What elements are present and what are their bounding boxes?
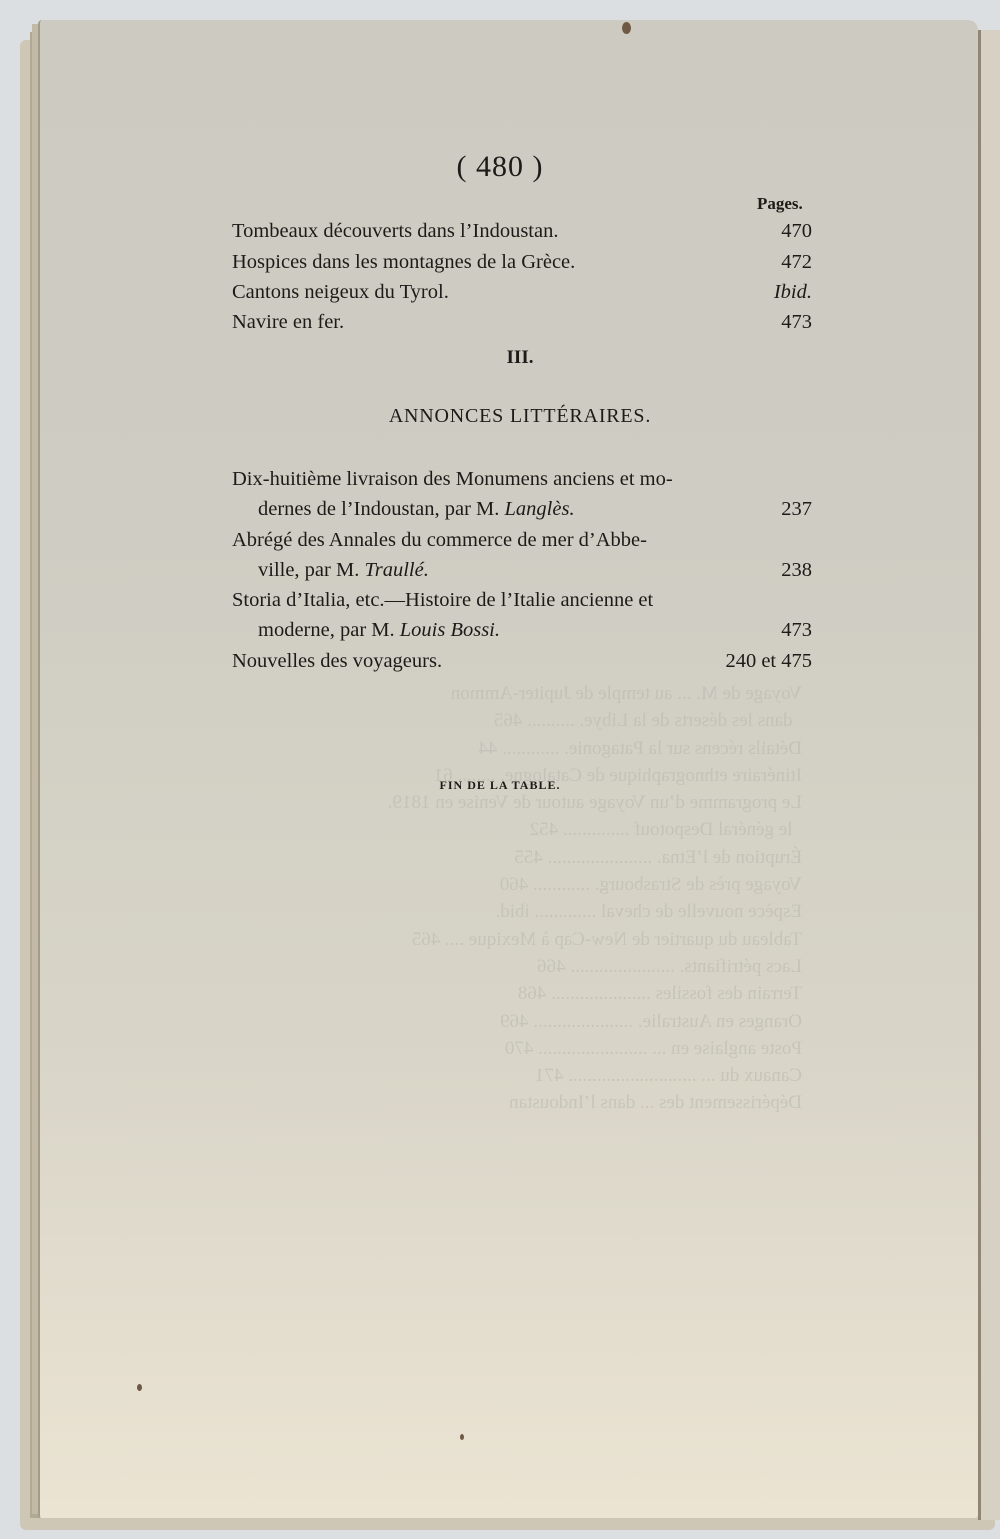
entry-text: ville, par M. [258, 559, 364, 581]
paper-stain [137, 1384, 142, 1391]
entry-line: Abrégé des Annales du commerce de mer d’… [232, 529, 812, 559]
entry-text: moderne, par M. [258, 619, 400, 641]
entry-page: 470 [781, 220, 812, 243]
annonce-entry: Storia d’Italia, etc.—Histoire de l’Ital… [232, 589, 812, 649]
toc-entry: Tombeaux découverts dans l’Indoustan. 47… [232, 220, 812, 250]
author-name: Traullé. [364, 559, 428, 581]
entry-page: 473 [781, 311, 812, 334]
entry-title: Nouvelles des voyageurs. [232, 650, 442, 673]
entry-line-continued: ville, par M. Traullé. 238 [232, 559, 812, 589]
author-name: Louis Bossi. [400, 619, 500, 641]
show-through-text: Voyage de M. ... au temple de Jupiter-Am… [232, 680, 802, 1117]
entry-page: 240 et 475 [725, 650, 812, 673]
toc-entry: Nouvelles des voyageurs. 240 et 475 [232, 650, 812, 680]
annonce-entry: Abrégé des Annales du commerce de mer d’… [232, 529, 812, 589]
author-name: Langlès. [505, 498, 575, 520]
entry-line: Storia d’Italia, etc.—Histoire de l’Ital… [232, 589, 812, 619]
entry-text: dernes de l’Indoustan, par M. [258, 498, 505, 520]
section-title: ANNONCES LITTÉRAIRES. [0, 405, 1000, 428]
paper-stain [460, 1434, 464, 1440]
entry-title: Navire en fer. [232, 311, 344, 334]
entry-line-continued: moderne, par M. Louis Bossi. 473 [232, 619, 812, 649]
entry-page: 237 [781, 498, 812, 521]
entry-page: 238 [781, 559, 812, 582]
page-number: ( 480 ) [0, 150, 1000, 184]
entry-page: 472 [781, 251, 812, 274]
entry-line-continued: dernes de l’Indoustan, par M. Langlès. 2… [232, 498, 812, 528]
toc-entry: Hospices dans les montagnes de la Grèce.… [232, 251, 812, 281]
entry-page: 473 [781, 619, 812, 642]
pages-column-header: Pages. [757, 194, 803, 214]
adjacent-sheet-edge [978, 30, 1000, 1520]
entry-title: Tombeaux découverts dans l’Indoustan. [232, 220, 558, 243]
paper-stain [622, 22, 631, 34]
entry-line: Dix-huitième livraison des Monumens anci… [232, 468, 812, 498]
section-number: III. [0, 347, 1000, 369]
toc-entry: Navire en fer. 473 [232, 311, 812, 341]
entry-title: Cantons neigeux du Tyrol. [232, 281, 449, 304]
toc-entry: Cantons neigeux du Tyrol. Ibid. [232, 281, 812, 311]
end-of-table-note: FIN DE LA TABLE. [0, 778, 1000, 793]
entry-title: Hospices dans les montagnes de la Grèce. [232, 251, 575, 274]
entry-page: Ibid. [774, 281, 812, 304]
annonce-entry: Dix-huitième livraison des Monumens anci… [232, 468, 812, 528]
